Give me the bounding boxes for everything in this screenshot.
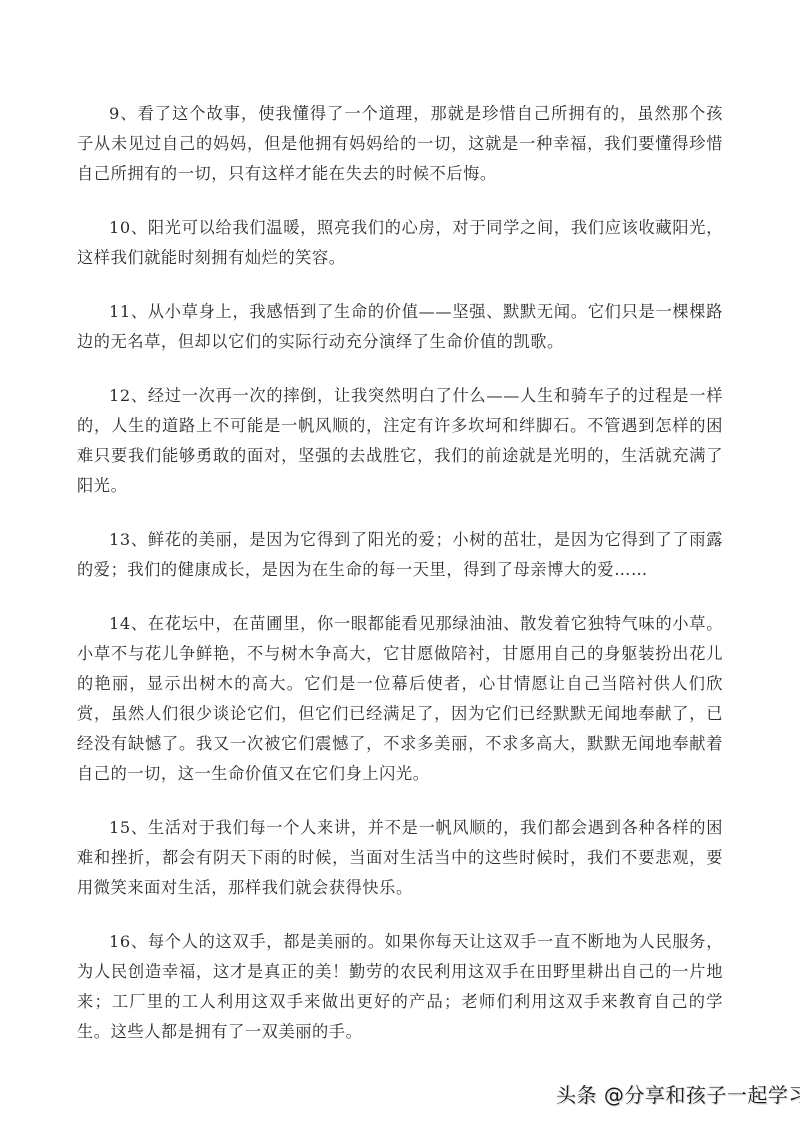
paragraph-16: 16、每个人的这双手，都是美丽的。如果你每天让这双手一直不断地为人民服务，为人民… <box>77 927 723 1047</box>
paragraph-15: 15、生活对于我们每一个人来讲，并不是一帆风顺的，我们都会遇到各种各样的困难和挫… <box>77 813 723 903</box>
paragraph-11: 11、从小草身上，我感悟到了生命的价值——坚强、默默无闻。它们只是一棵棵路边的无… <box>77 297 723 357</box>
document-page: 9、看了这个故事，使我懂得了一个道理，那就是珍惜自己所拥有的，虽然那个孩子从未见… <box>77 99 723 1071</box>
paragraph-14: 14、在花坛中，在苗圃里，你一眼都能看见那绿油油、散发着它独特气味的小草。小草不… <box>77 609 723 789</box>
paragraph-10: 10、阳光可以给我们温暖，照亮我们的心房，对于同学之间，我们应该收藏阳光，这样我… <box>77 213 723 273</box>
paragraph-9: 9、看了这个故事，使我懂得了一个道理，那就是珍惜自己所拥有的，虽然那个孩子从未见… <box>77 99 723 189</box>
paragraph-13: 13、鲜花的美丽，是因为它得到了阳光的爱；小树的茁壮，是因为它得到了了雨露的爱；… <box>77 525 723 585</box>
source-watermark: 头条 @分享和孩子一起学习 <box>556 1079 800 1108</box>
paragraph-12: 12、经过一次再一次的摔倒，让我突然明白了什么——人生和骑车子的过程是一样的，人… <box>77 381 723 501</box>
